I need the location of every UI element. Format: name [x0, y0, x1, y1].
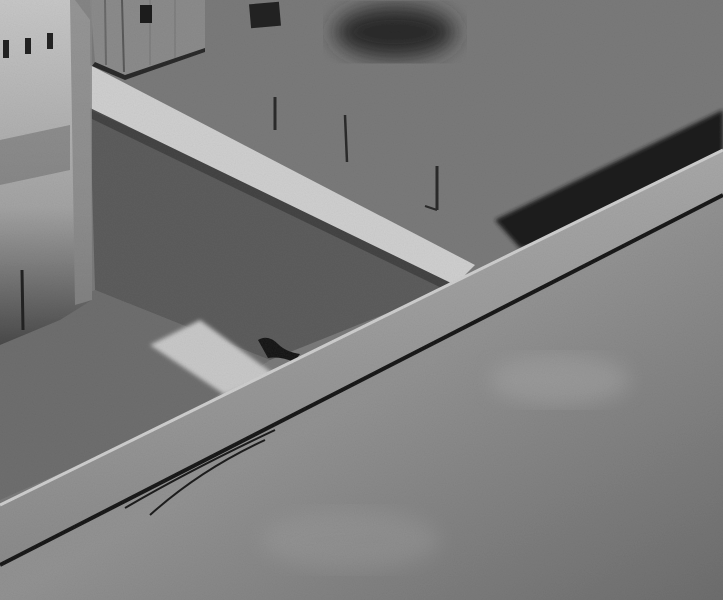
roof-mottle [490, 355, 630, 405]
rooftop-scene [0, 0, 723, 600]
roof-mottle [260, 510, 440, 570]
dark-crate [249, 2, 281, 29]
photograph [0, 0, 723, 600]
stain [335, 6, 455, 58]
brick-wall [0, 0, 92, 345]
